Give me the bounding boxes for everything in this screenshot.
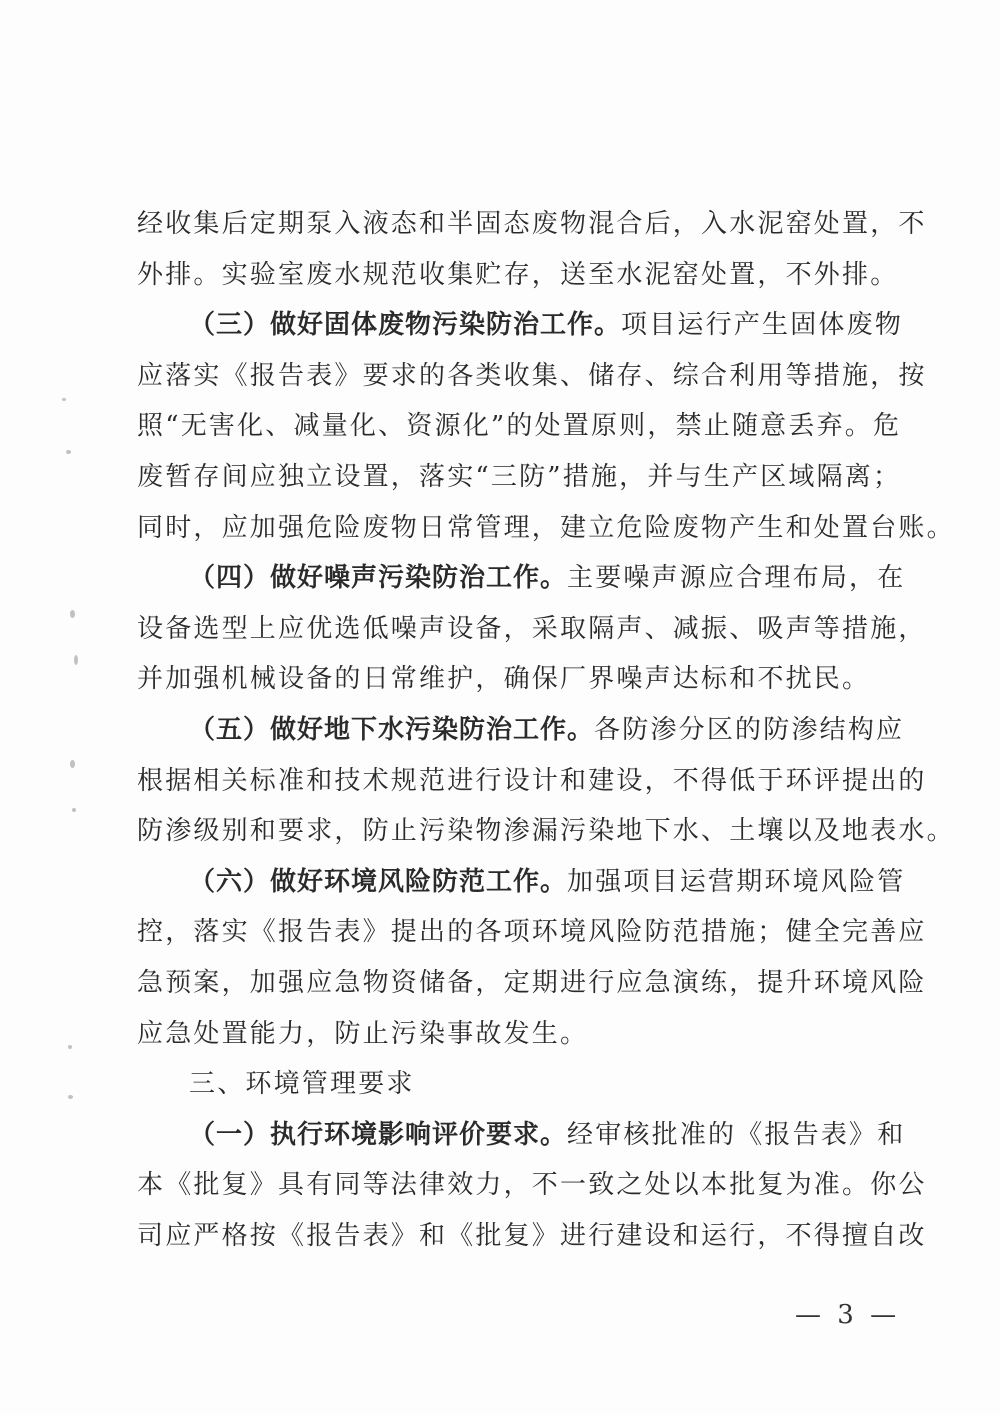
- paragraph-line: 防渗级别和要求，防止污染物渗漏污染地下水、土壤以及地表水。: [137, 806, 882, 857]
- paragraph-line: 控，落实《报告表》提出的各项环境风险防范措施；健全完善应: [137, 907, 882, 958]
- paragraph-line: 并加强机械设备的日常维护，确保厂界噪声达标和不扰民。: [137, 654, 882, 705]
- paragraph-line: 外排。实验室废水规范收集贮存，送至水泥窑处置，不外排。: [137, 250, 882, 301]
- paragraph-text: 各防渗分区的防渗结构应: [594, 715, 904, 745]
- section-heading-solid-waste: （三）做好固体废物污染防治工作。: [189, 310, 621, 340]
- section-heading-eia-requirements: （一）执行环境影响评价要求。: [189, 1120, 567, 1150]
- section-heading-noise: （四）做好噪声污染防治工作。: [189, 563, 567, 593]
- chapter-heading-management-requirements: 三、环境管理要求: [137, 1059, 882, 1110]
- scan-speck: [74, 655, 78, 665]
- section-heading-line: （四）做好噪声污染防治工作。主要噪声源应合理布局，在: [137, 553, 882, 604]
- paragraph-line: 设备选型上应优选低噪声设备，采取隔声、减振、吸声等措施，: [137, 604, 882, 655]
- section-heading-environmental-risk: （六）做好环境风险防范工作。: [189, 867, 567, 897]
- section-heading-groundwater: （五）做好地下水污染防治工作。: [189, 715, 594, 745]
- paragraph-line: 应落实《报告表》要求的各类收集、储存、综合利用等措施，按: [137, 351, 882, 402]
- document-page: 经收集后定期泵入液态和半固态废物混合后，入水泥窑处置，不 外排。实验室废水规范收…: [0, 0, 1000, 1415]
- paragraph-line: 经收集后定期泵入液态和半固态废物混合后，入水泥窑处置，不: [137, 199, 882, 250]
- section-heading-line: （三）做好固体废物污染防治工作。项目运行产生固体废物: [137, 300, 882, 351]
- paragraph-line: 同时，应加强危险废物日常管理，建立危险废物产生和处置台账。: [137, 503, 882, 554]
- scan-speck: [68, 1095, 73, 1099]
- paragraph-line: 废暂存间应独立设置，落实“三防”措施，并与生产区域隔离；: [137, 452, 882, 503]
- paragraph-line: 司应严格按《报告表》和《批复》进行建设和运行，不得擅自改: [137, 1211, 882, 1262]
- scan-speck: [68, 1045, 72, 1049]
- page-number: — 3 —: [795, 1300, 900, 1330]
- scan-speck: [70, 760, 75, 768]
- paragraph-text: 项目运行产生固体废物: [621, 310, 903, 340]
- paragraph-line: 应急处置能力，防止污染事故发生。: [137, 1009, 882, 1060]
- scan-speck: [66, 450, 71, 454]
- paragraph-line: 急预案，加强应急物资储备，定期进行应急演练，提升环境风险: [137, 958, 882, 1009]
- paragraph-line: 根据相关标准和技术规范进行设计和建设，不得低于环评提出的: [137, 756, 882, 807]
- paragraph-line: 本《批复》具有同等法律效力，不一致之处以本批复为准。你公: [137, 1160, 882, 1211]
- section-heading-line: （五）做好地下水污染防治工作。各防渗分区的防渗结构应: [137, 705, 882, 756]
- paragraph-text: 主要噪声源应合理布局，在: [567, 563, 905, 593]
- scan-speck: [72, 808, 76, 812]
- paragraph-text: 加强项目运营期环境风险管: [567, 867, 905, 897]
- document-body: 经收集后定期泵入液态和半固态废物混合后，入水泥窑处置，不 外排。实验室废水规范收…: [137, 199, 882, 1261]
- scan-speck: [62, 398, 66, 401]
- scan-speck: [70, 610, 75, 618]
- section-heading-line: （一）执行环境影响评价要求。经审核批准的《报告表》和: [137, 1110, 882, 1161]
- section-heading-line: （六）做好环境风险防范工作。加强项目运营期环境风险管: [137, 857, 882, 908]
- paragraph-line: 照“无害化、减量化、资源化”的处置原则，禁止随意丢弃。危: [137, 401, 882, 452]
- paragraph-text: 经审核批准的《报告表》和: [567, 1120, 905, 1150]
